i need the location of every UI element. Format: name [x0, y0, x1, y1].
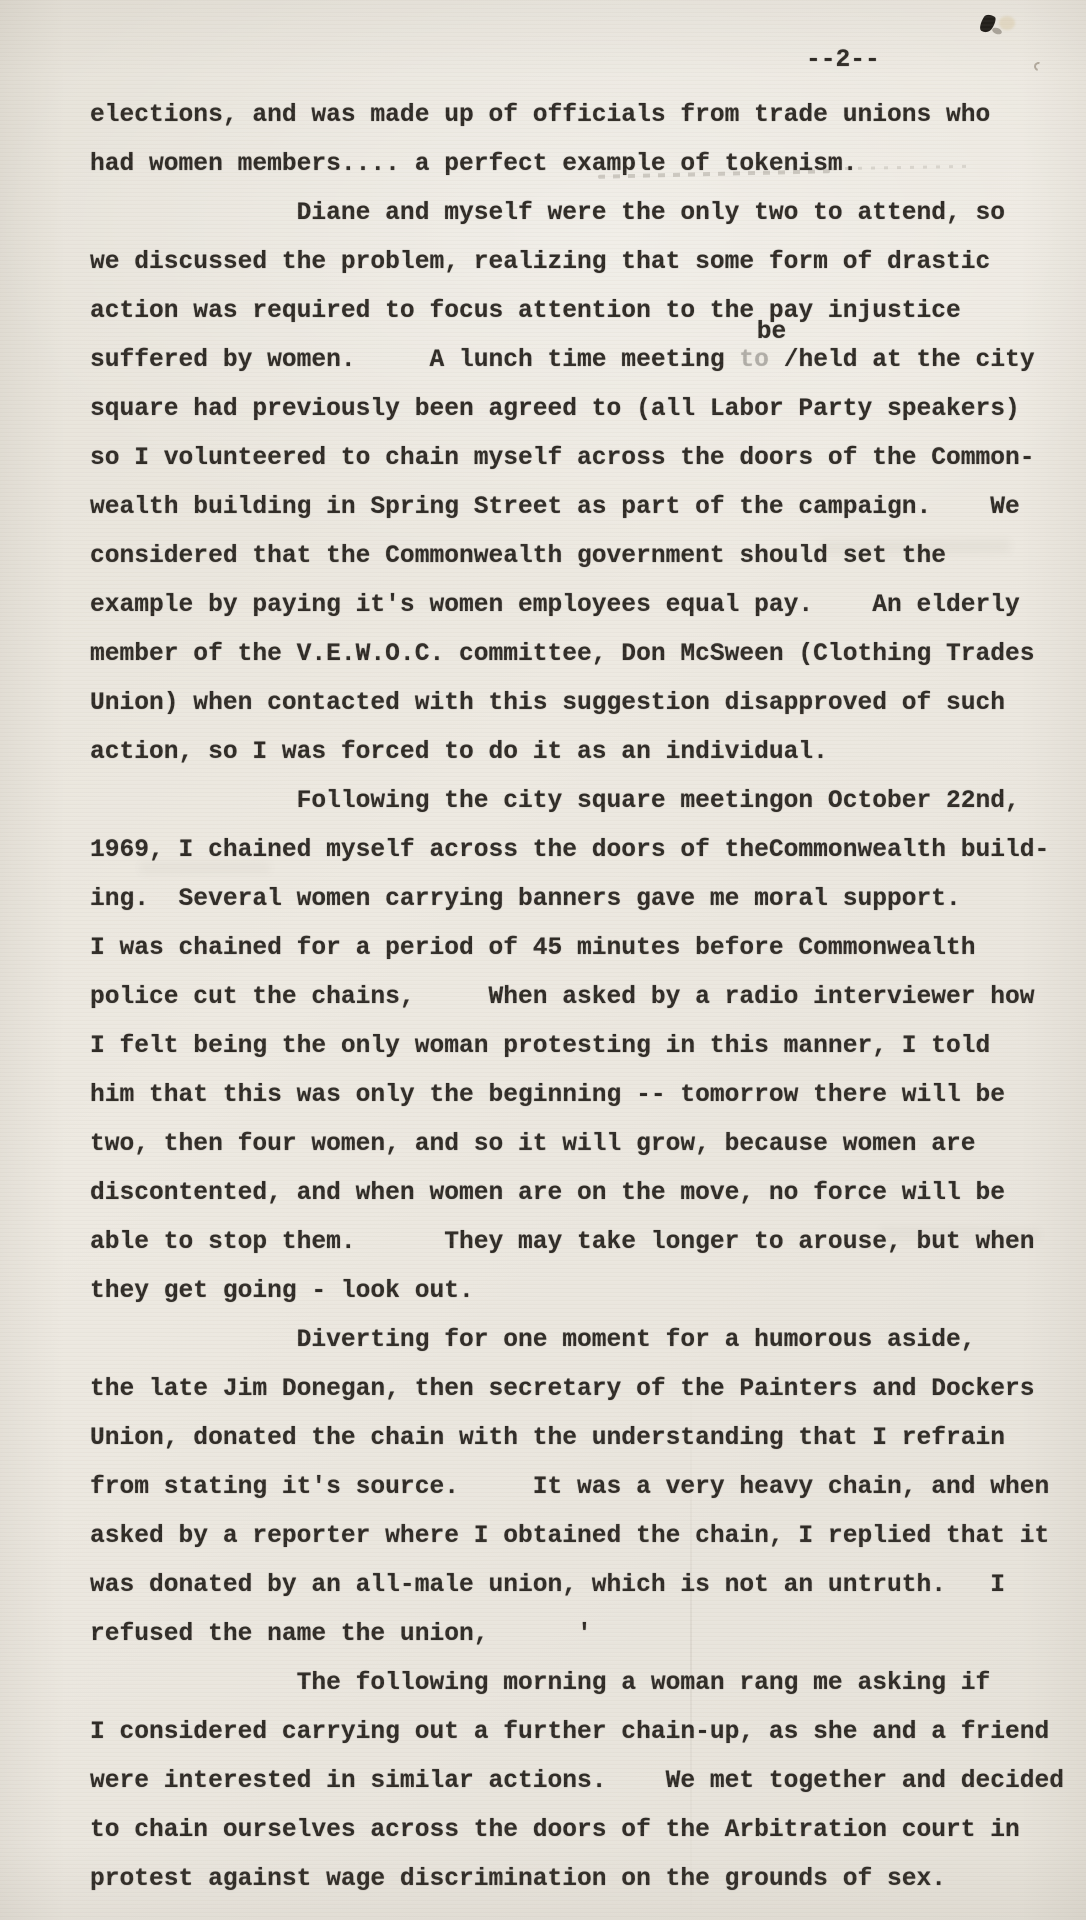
inserted-word: be — [757, 308, 787, 357]
typed-line: elections, and was made up of officials … — [90, 91, 1086, 140]
typed-line: to chain ourselves across the doors of t… — [90, 1806, 1086, 1855]
typed-line: I felt being the only woman protesting i… — [90, 1022, 1086, 1071]
typed-line: suffered by women. A lunch time meeting … — [90, 336, 1086, 385]
typed-line: member of the V.E.W.O.C. committee, Don … — [90, 630, 1086, 679]
typed-line: Union) when contacted with this suggesti… — [90, 679, 1086, 728]
typed-line: they get going - look out. — [90, 1267, 1086, 1316]
typed-line: I considered carrying out a further chai… — [90, 1708, 1086, 1757]
typed-line: action, so I was forced to do it as an i… — [90, 728, 1086, 777]
typed-line: Union, donated the chain with the unders… — [90, 1414, 1086, 1463]
typed-line: was donated by an all-male union, which … — [90, 1561, 1086, 1610]
typed-line: action was required to focus attention t… — [90, 287, 1086, 336]
typed-line: had women members.... a perfect example … — [90, 140, 1086, 189]
typed-line: I was chained for a period of 45 minutes… — [90, 924, 1086, 973]
ink-speck — [977, 12, 998, 35]
paper-stain — [999, 16, 1015, 30]
typed-line: wealth building in Spring Street as part… — [90, 483, 1086, 532]
document-page: --2-- elections, and was made up of offi… — [0, 0, 1086, 1920]
paper-fleck — [1032, 60, 1044, 72]
typed-line: considered that the Commonwealth governm… — [90, 532, 1086, 581]
typed-text: elections, and was made up of officials … — [90, 91, 1086, 1904]
typed-line: example by paying it's women employees e… — [90, 581, 1086, 630]
typed-line: 1969, I chained myself across the doors … — [90, 826, 1086, 875]
page-number: --2-- — [806, 47, 880, 74]
typed-line: Diverting for one moment for a humorous … — [90, 1316, 1086, 1365]
typed-line: able to stop them. They may take longer … — [90, 1218, 1086, 1267]
insertion-caret: be/ — [784, 336, 799, 385]
typed-line: square had previously been agreed to (al… — [90, 385, 1086, 434]
typed-segment: held at the city — [798, 347, 1034, 374]
typed-line: him that this was only the beginning -- … — [90, 1071, 1086, 1120]
typed-line: so I volunteered to chain myself across … — [90, 434, 1086, 483]
typed-line: refused the name the union, ' — [90, 1610, 1086, 1659]
typed-line: police cut the chains, When asked by a r… — [90, 973, 1086, 1022]
typed-line: two, then four women, and so it will gro… — [90, 1120, 1086, 1169]
ink-speck-tail — [991, 26, 1002, 35]
typed-line: The following morning a woman rang me as… — [90, 1659, 1086, 1708]
typed-line: the late Jim Donegan, then secretary of … — [90, 1365, 1086, 1414]
typed-line: Following the city square meetingon Octo… — [90, 777, 1086, 826]
typed-line: discontented, and when women are on the … — [90, 1169, 1086, 1218]
typed-line: asked by a reporter where I obtained the… — [90, 1512, 1086, 1561]
typed-line: protest against wage discrimination on t… — [90, 1855, 1086, 1904]
typed-line: from stating it's source. It was a very … — [90, 1463, 1086, 1512]
typed-line: were interested in similar actions. We m… — [90, 1757, 1086, 1806]
typed-line: we discussed the problem, realizing that… — [90, 238, 1086, 287]
typed-line: ing. Several women carrying banners gave… — [90, 875, 1086, 924]
typed-line: Diane and myself were the only two to at… — [90, 189, 1086, 238]
typed-segment: suffered by women. A lunch time meeting — [90, 347, 739, 374]
